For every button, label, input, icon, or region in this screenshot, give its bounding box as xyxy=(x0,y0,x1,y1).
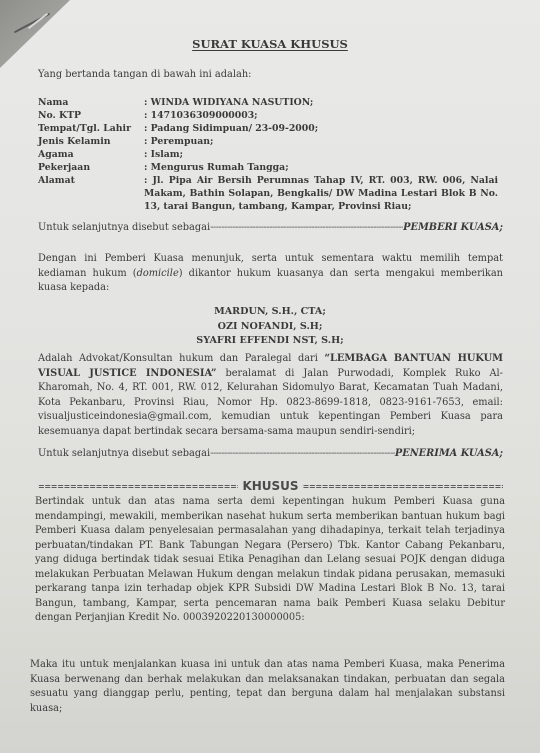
field-label: Jenis Kelamin xyxy=(38,135,144,148)
field-value: : Jl. Pipa Air Bersih Perumnas Tahap IV,… xyxy=(144,174,508,213)
field-value: : Mengurus Rumah Tangga; xyxy=(144,161,508,174)
attorney-name: SYAFRI EFFENDI NST, S.H; xyxy=(0,334,540,349)
section-heading: KHUSUS xyxy=(238,479,302,493)
field-label: Alamat xyxy=(38,174,144,213)
field-value: : WINDA WIDIYANA NASUTION; xyxy=(144,96,508,109)
dash-leader: ----------------------------------------… xyxy=(210,448,395,459)
attorney-list: MARDUN, S.H., CTA; OZI NOFANDI, S.H; SYA… xyxy=(0,305,540,349)
document-title: SURAT KUASA KHUSUS xyxy=(0,37,540,51)
reference-prefix: Untuk selanjutnya disebut sebagai xyxy=(38,448,210,459)
folded-page-corner xyxy=(0,0,70,68)
grantor-reference: Untuk selanjutnya disebut sebagai ------… xyxy=(38,222,503,233)
field-value: : Perempuan; xyxy=(144,135,508,148)
identity-row-ktp: No. KTP : 1471036309000003; xyxy=(38,109,508,122)
firm-intro: Adalah Advokat/Konsultan hukum dan Paral… xyxy=(38,353,324,364)
field-value: : 1471036309000003; xyxy=(144,109,508,122)
field-label: Pekerjaan xyxy=(38,161,144,174)
grantee-reference: Untuk selanjutnya disebut sebagai ------… xyxy=(38,448,503,459)
divider-right: ========================================… xyxy=(303,481,503,491)
grantor-identity: Nama : WINDA WIDIYANA NASUTION; No. KTP … xyxy=(38,96,508,213)
section-divider: ========================================… xyxy=(38,479,503,493)
closing-paragraph: Maka itu untuk menjalankan kuasa ini unt… xyxy=(30,658,505,716)
identity-row-address: Alamat : Jl. Pipa Air Bersih Perumnas Ta… xyxy=(38,174,508,213)
appoint-paragraph: Dengan ini Pemberi Kuasa menunjuk, serta… xyxy=(38,252,503,296)
dash-leader: ----------------------------------------… xyxy=(210,222,403,233)
field-label: Agama xyxy=(38,148,144,161)
identity-row-gender: Jenis Kelamin : Perempuan; xyxy=(38,135,508,148)
grantor-tag: PEMBERI KUASA; xyxy=(403,222,503,233)
field-label: No. KTP xyxy=(38,109,144,122)
attorney-name: OZI NOFANDI, S.H; xyxy=(0,320,540,335)
attorney-name: MARDUN, S.H., CTA; xyxy=(0,305,540,320)
intro-text: Yang bertanda tangan di bawah ini adalah… xyxy=(38,68,503,83)
reference-prefix: Untuk selanjutnya disebut sebagai xyxy=(38,222,210,233)
khusus-paragraph: Bertindak untuk dan atas nama serta demi… xyxy=(35,495,505,626)
field-value: : Islam; xyxy=(144,148,508,161)
firm-paragraph: Adalah Advokat/Konsultan hukum dan Paral… xyxy=(38,352,503,439)
identity-row-occupation: Pekerjaan : Mengurus Rumah Tangga; xyxy=(38,161,508,174)
grantee-tag: PENERIMA KUASA; xyxy=(395,448,503,459)
identity-row-name: Nama : WINDA WIDIYANA NASUTION; xyxy=(38,96,508,109)
field-label: Nama xyxy=(38,96,144,109)
domicile-term: domicile xyxy=(137,268,179,279)
identity-row-birth: Tempat/Tgl. Lahir : Padang Sidimpuan/ 23… xyxy=(38,122,508,135)
field-label: Tempat/Tgl. Lahir xyxy=(38,122,144,135)
divider-left: ========================================… xyxy=(38,481,238,491)
identity-row-religion: Agama : Islam; xyxy=(38,148,508,161)
field-value: : Padang Sidimpuan/ 23-09-2000; xyxy=(144,122,508,135)
